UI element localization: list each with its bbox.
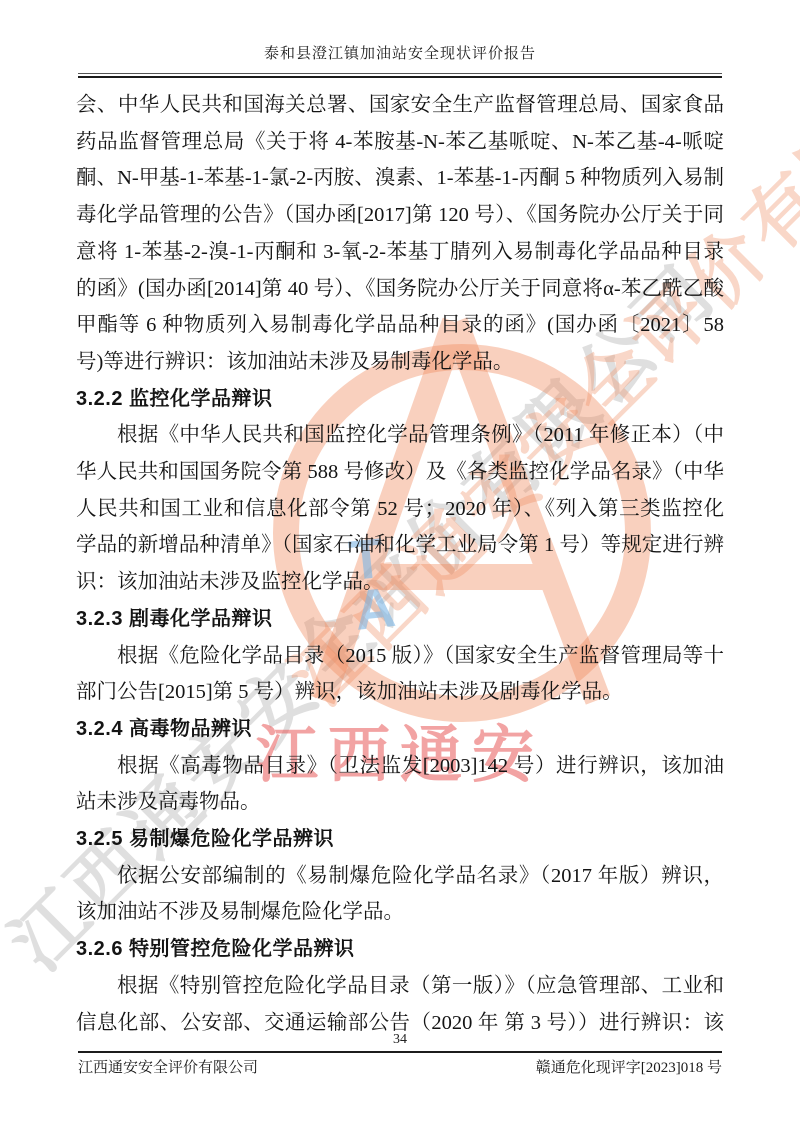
page-header: 泰和县澄江镇加油站安全现状评价报告 bbox=[78, 44, 722, 78]
paragraph: 依据公安部编制的《易制爆危险化学品名录》（2017 年版）辨识，该加油站不涉及易… bbox=[76, 858, 724, 931]
paragraph: 根据《危险化学品目录（2015 版）》（国家安全生产监督管理局等十部门公告[20… bbox=[76, 638, 724, 711]
report-page: 江西通安安全评价有限公司 江西通安安全评价有限公司 TA 江西通安 泰和县澄江镇… bbox=[0, 0, 800, 1131]
paragraph: 根据《中华人民共和国监控化学品管理条例》（2011 年修正本）（中华人民共和国国… bbox=[76, 417, 724, 601]
paragraph-continued: 会、中华人民共和国海关总署、国家安全生产监督管理总局、国家食品药品监督管理总局《… bbox=[76, 87, 724, 381]
footer-company: 江西通安安全评价有限公司 bbox=[78, 1058, 258, 1078]
section-heading-3-2-3: 3.2.3 剧毒化学品辩识 bbox=[76, 601, 724, 638]
page-number: 34 bbox=[78, 1031, 722, 1049]
report-title: 泰和县澄江镇加油站安全现状评价报告 bbox=[78, 44, 722, 64]
paragraph: 根据《特别管控危险化学品目录（第一版）》（应急管理部、工业和信息化部、公安部、交… bbox=[76, 968, 724, 1037]
section-heading-3-2-2: 3.2.2 监控化学品辩识 bbox=[76, 381, 724, 418]
document-body: 会、中华人民共和国海关总署、国家安全生产监督管理总局、国家食品药品监督管理总局《… bbox=[76, 87, 724, 1037]
page-content: 泰和县澄江镇加油站安全现状评价报告 会、中华人民共和国海关总署、国家安全生产监督… bbox=[0, 0, 800, 1131]
page-footer: 34 江西通安安全评价有限公司 赣通危化现评字[2023]018 号 bbox=[78, 1031, 722, 1078]
section-heading-3-2-5: 3.2.5 易制爆危险化学品辨识 bbox=[76, 821, 724, 858]
section-heading-3-2-6: 3.2.6 特别管控危险化学品辨识 bbox=[76, 931, 724, 968]
section-heading-3-2-4: 3.2.4 高毒物品辨识 bbox=[76, 711, 724, 748]
footer-doc-number: 赣通危化现评字[2023]018 号 bbox=[536, 1058, 722, 1078]
footer-divider bbox=[78, 1051, 722, 1053]
header-divider bbox=[78, 73, 722, 78]
paragraph: 根据《高毒物品目录》（卫法监发[2003]142 号）进行辨识，该加油站未涉及高… bbox=[76, 748, 724, 821]
